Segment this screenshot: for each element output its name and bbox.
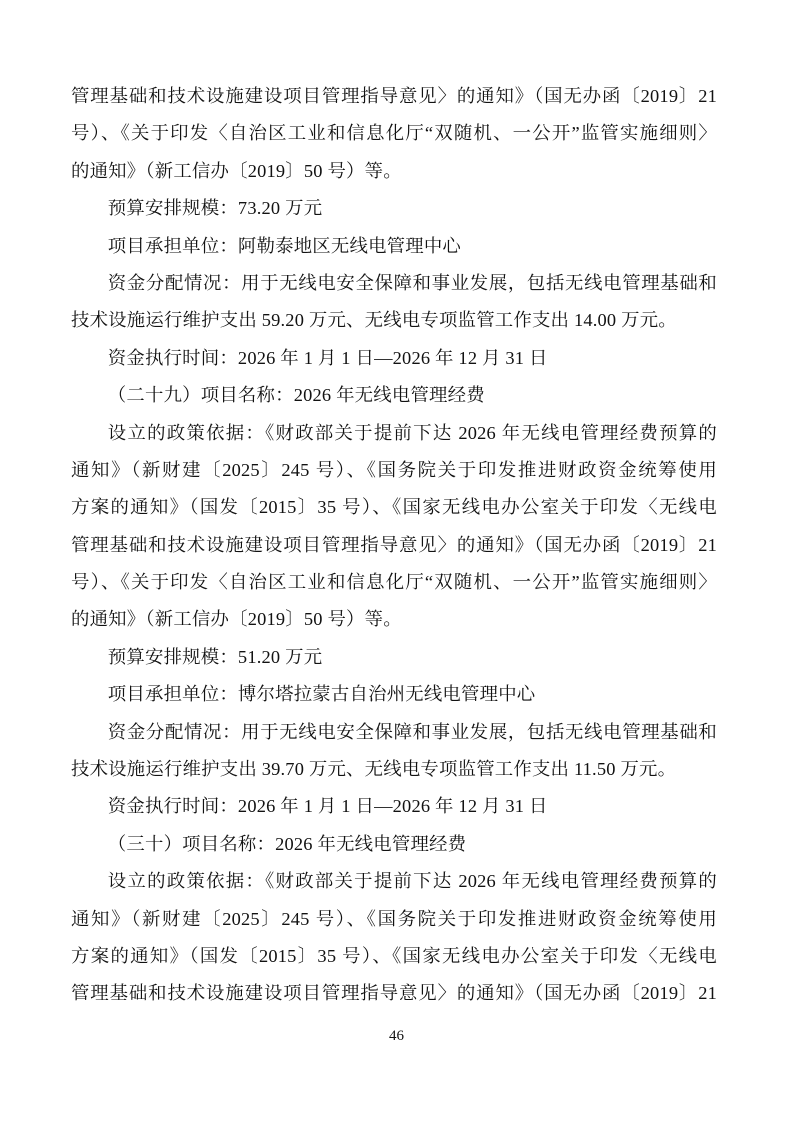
document-line: 资金执行时间：2026 年 1 月 1 日—2026 年 12 月 31 日	[71, 340, 717, 377]
document-line: 管理基础和技术设施建设项目管理指导意见〉的通知》（国无办函〔2019〕21	[71, 527, 717, 564]
document-line: 预算安排规模：73.20 万元	[71, 190, 717, 227]
document-line: （三十）项目名称：2026 年无线电管理经费	[71, 826, 717, 863]
document-line: 管理基础和技术设施建设项目管理指导意见〉的通知》（国无办函〔2019〕21	[71, 975, 717, 1012]
document-line: 资金执行时间：2026 年 1 月 1 日—2026 年 12 月 31 日	[71, 788, 717, 825]
document-line: 号）、《关于印发〈自治区工业和信息化厅“双随机、一公开”监管实施细则〉	[71, 115, 717, 152]
document-line: 的通知》（新工信办〔2019〕50 号）等。	[71, 153, 717, 190]
document-body: 管理基础和技术设施建设项目管理指导意见〉的通知》（国无办函〔2019〕21号）、…	[71, 78, 717, 1013]
document-line: 技术设施运行维护支出 39.70 万元、无线电专项监管工作支出 11.50 万元…	[71, 751, 717, 788]
page-footer: 46	[0, 1026, 793, 1046]
document-line: 方案的通知》（国发〔2015〕35 号）、《国家无线电办公室关于印发〈无线电	[71, 938, 717, 975]
document-line: 管理基础和技术设施建设项目管理指导意见〉的通知》（国无办函〔2019〕21	[71, 78, 717, 115]
document-line: 资金分配情况：用于无线电安全保障和事业发展，包括无线电管理基础和	[71, 265, 717, 302]
document-line: 设立的政策依据：《财政部关于提前下达 2026 年无线电管理经费预算的	[71, 863, 717, 900]
page-number: 46	[389, 1028, 404, 1044]
document-line: 的通知》（新工信办〔2019〕50 号）等。	[71, 601, 717, 638]
document-line: 通知》（新财建〔2025〕245 号）、《国务院关于印发推进财政资金统筹使用	[71, 901, 717, 938]
document-line: （二十九）项目名称：2026 年无线电管理经费	[71, 377, 717, 414]
document-page: 管理基础和技术设施建设项目管理指导意见〉的通知》（国无办函〔2019〕21号）、…	[0, 0, 793, 1122]
document-line: 技术设施运行维护支出 59.20 万元、无线电专项监管工作支出 14.00 万元…	[71, 302, 717, 339]
document-line: 通知》（新财建〔2025〕245 号）、《国务院关于印发推进财政资金统筹使用	[71, 452, 717, 489]
document-line: 号）、《关于印发〈自治区工业和信息化厅“双随机、一公开”监管实施细则〉	[71, 564, 717, 601]
document-line: 设立的政策依据：《财政部关于提前下达 2026 年无线电管理经费预算的	[71, 415, 717, 452]
document-line: 方案的通知》（国发〔2015〕35 号）、《国家无线电办公室关于印发〈无线电	[71, 489, 717, 526]
document-line: 预算安排规模：51.20 万元	[71, 639, 717, 676]
document-line: 项目承担单位：博尔塔拉蒙古自治州无线电管理中心	[71, 676, 717, 713]
document-line: 资金分配情况：用于无线电安全保障和事业发展，包括无线电管理基础和	[71, 714, 717, 751]
document-line: 项目承担单位：阿勒泰地区无线电管理中心	[71, 228, 717, 265]
